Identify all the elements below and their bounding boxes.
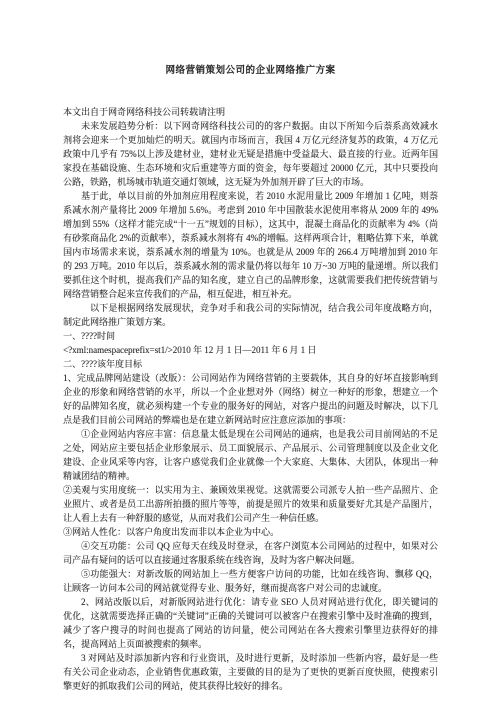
document-title: 网络营销策划公司的企业网络推广方案	[63, 64, 438, 78]
paragraph-point-3-user: ③网站人性化：以客户角度出发而非以本企业为中心。	[63, 525, 438, 539]
paragraph-goal-1-website: 1、完成品牌网站建设（改版）：公司网站作为网络营销的主要载体，其自身的好坏直接影…	[63, 371, 438, 427]
paragraph-point-5-features: ⑤功能强大：对新改版的网站加上一些方便客户访问的功能，比如在线咨询、飘移 QQ，…	[63, 567, 438, 595]
paragraph-point-1-content: ①企业网站内容应丰富：信息量太低是现在公司网站的通病，也是我公司目前网站的不足之…	[63, 427, 438, 483]
paragraph-goal-3-updates: 3 对网站及时添加新内容和行业资讯，及时进行更新，及时添加一些新内容，最好是一些…	[63, 651, 438, 693]
paragraph-market-estimate: 基于此，单以目前的外加剂应用程度来说，若 2010 水泥用量比 2009 年增加…	[63, 189, 438, 301]
heading-section-2-goals: 二、????该年度目标	[63, 357, 438, 371]
paragraph-point-4-interact: ④交互功能：公司 QQ 应每天在线及时登录，在客户浏览本公司网站的过程中，如果对…	[63, 539, 438, 567]
paragraph-trend-analysis: 未来发展趋势分析：以下网奇网络科技公司的的客户数据。由以下所知今后萘系高效减水剂…	[63, 119, 438, 189]
paragraph-goal-2-seo: 2、网站改版以后，对新版网站进行优化：请专业 SEO 人员对网站进行优化，即关键…	[63, 595, 438, 651]
paragraph-plan-intro: 以下是根据网络发展现状，竞争对手和我公司的实际情况，结合我公司年度战略方向，制定…	[63, 301, 438, 329]
paragraph-xml-date-range: <?xml:namespaceprefix=st1/>2010 年 12 月 1…	[63, 343, 438, 357]
document-page: 网络营销策划公司的企业网络推广方案 本文出自于网奇网络科技公司转载请注明 未来发…	[0, 0, 496, 702]
paragraph-source-note: 本文出自于网奇网络科技公司转载请注明	[63, 105, 438, 119]
heading-section-1-time: 一、????时间	[63, 329, 438, 343]
paragraph-point-2-visual: ②美观与实用度统一：以实用为主、兼顾效果视觉。这就需要公司派专人拍一些产品照片、…	[63, 483, 438, 525]
